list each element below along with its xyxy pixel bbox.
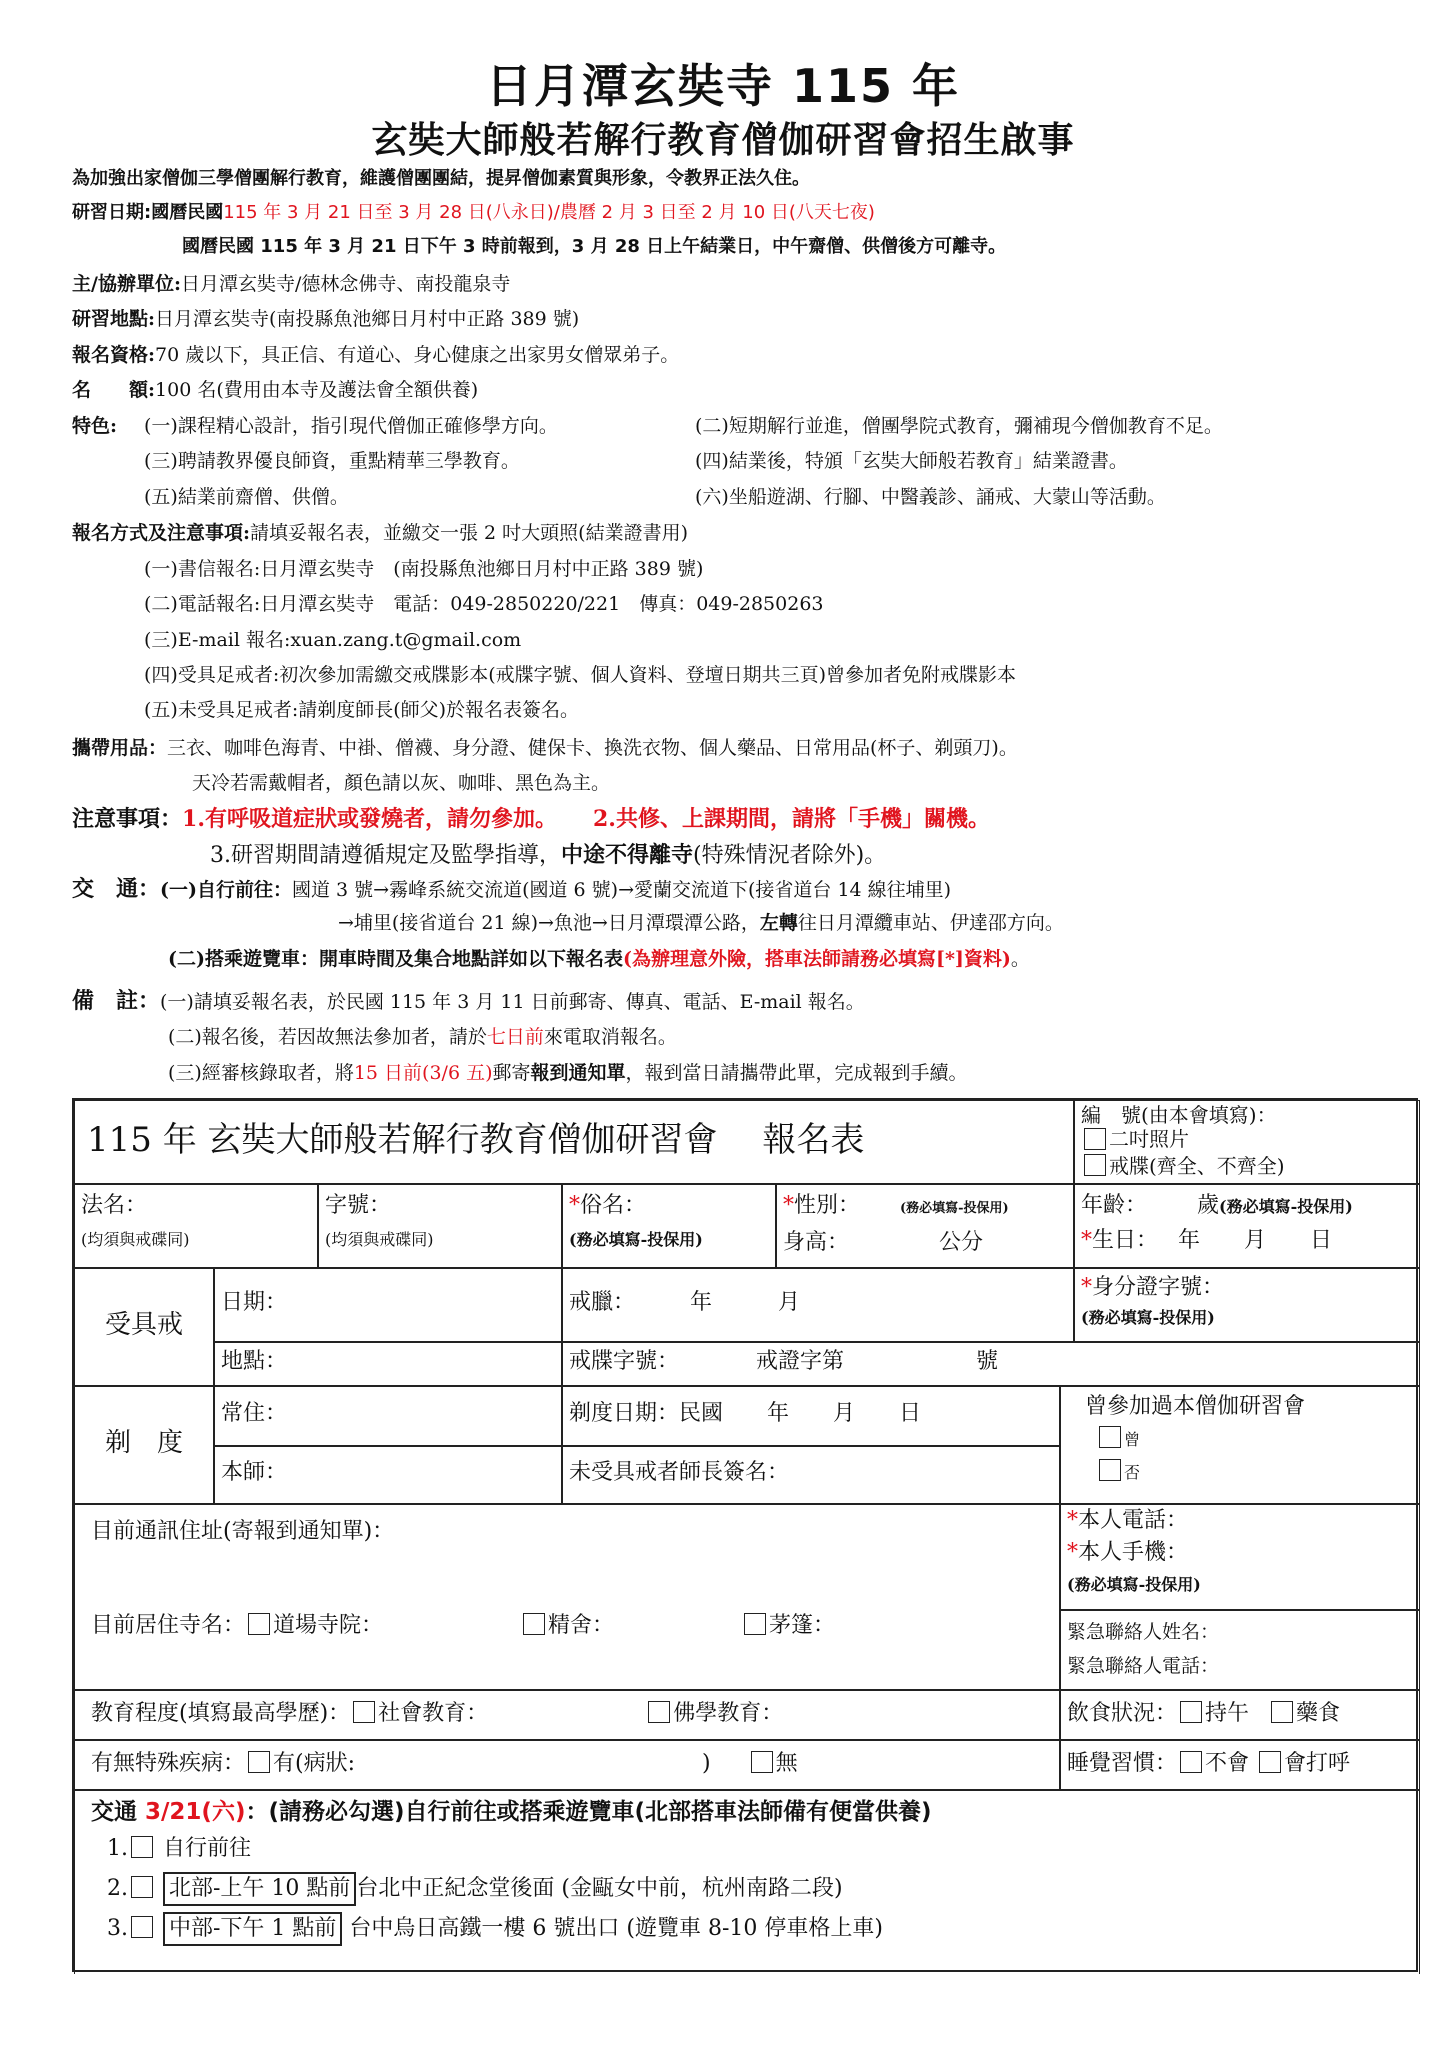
edu-opt-2: 佛學教育： xyxy=(673,1701,783,1726)
info-value: 100 名(費用由本寺及護法會全額供養) xyxy=(155,379,478,401)
education-field: 教育程度(填寫最高學歷)：社會教育： 佛學教育： xyxy=(74,1690,1060,1740)
feature-item: (二)短期解行並進，僧團學院式教育，彌補現今僧伽教育不足。 xyxy=(695,413,1223,439)
info-label: 名 額: xyxy=(72,379,155,401)
checkbox[interactable] xyxy=(1099,1426,1121,1448)
master-signature-field[interactable]: 未受具戒者師長簽名： xyxy=(562,1446,1060,1504)
required-star: * xyxy=(1067,1540,1078,1565)
sleep-opt-1: 不會 xyxy=(1205,1751,1249,1776)
checkbox[interactable] xyxy=(1084,1154,1106,1176)
tonsure-date-field[interactable]: 剃度日期：民國 年 月 日 xyxy=(562,1386,1060,1446)
checkbox[interactable] xyxy=(1099,1459,1121,1481)
remark-3-bold: 報到通知單 xyxy=(531,1062,626,1084)
residence-field[interactable]: 常住： xyxy=(214,1386,562,1446)
courtesy-name-note: (均須與戒碟同) xyxy=(325,1223,555,1257)
transport-label: 交 通： xyxy=(72,876,160,902)
ordination-years-field[interactable]: 戒臘： 年 月 xyxy=(562,1268,1074,1342)
checkbox[interactable] xyxy=(1259,1751,1281,1773)
bus-label: (二)搭乘遊覽車：開車時間及集合地點詳如以下報名表 xyxy=(168,948,623,970)
age-birthday-field[interactable]: 年齡：歲(務必填寫-投保用) *生日：年 月 日 xyxy=(1074,1184,1420,1268)
notice-1: 1.有呼吸道症狀或發燒者，請勿參加。 xyxy=(182,806,557,832)
checkin-line: 國曆民國 115 年 3 月 21 日下午 3 時前報到，3 月 28 日上午結… xyxy=(182,234,1006,260)
dharma-name-field[interactable]: 法名： (均須與戒碟同) xyxy=(74,1184,318,1268)
phone-block: *本人電話： *本人手機： (務必填寫-投保用) xyxy=(1060,1504,1420,1610)
feature-item: (四)結業後，特頒「玄奘大師般若教育」結業證書。 xyxy=(695,448,1128,474)
notice-2: 2.共修、上課期間，請將「手機」關機。 xyxy=(593,806,990,832)
route-2c: 往日月潭纜車站、伊達邵方向。 xyxy=(798,912,1064,934)
id-number-field[interactable]: *身分證字號： (務必填寫-投保用) xyxy=(1074,1268,1420,1342)
courtesy-name-label: 字號： xyxy=(325,1189,555,1223)
gender-label: 性別： xyxy=(794,1193,860,1218)
serial-label: 編 號(由本會填寫)： xyxy=(1081,1103,1413,1127)
registration-item: (四)受具足戒者:初次參加需繳交戒牒影本(戒牒字號、個人資料、登壇日期共三頁)曾… xyxy=(144,662,1016,688)
notices-line: 注意事項：1.有呼吸道症狀或發燒者，請勿參加。2.共修、上課期間，請將「手機」關… xyxy=(72,806,990,833)
required-note: (務必填寫-投保用) xyxy=(569,1223,769,1257)
birthday-label: 生日： xyxy=(1092,1228,1158,1253)
lay-name-field[interactable]: *俗名： (務必填寫-投保用) xyxy=(562,1184,776,1268)
phone-field[interactable]: *本人電話： xyxy=(1067,1505,1413,1537)
info-value: 70 歲以下，具正信、有道心、身心健康之出家男女僧眾弟子。 xyxy=(155,344,679,366)
checkbox[interactable] xyxy=(131,1876,153,1898)
tonsure-label: 剃 度 xyxy=(74,1386,214,1504)
remark-3c: ，報到當日請攜帶此單，完成報到手續。 xyxy=(626,1062,968,1084)
edu-opt-1: 社會教育： xyxy=(378,1701,488,1726)
transport-option-2[interactable]: 2. 北部-上午 10 點前台北中正紀念堂後面 (金甌女中前，杭州南路二段) xyxy=(91,1869,1413,1909)
info-organizer: 主/協辦單位:日月潭玄奘寺/德林念佛寺、南投龍泉寺 xyxy=(72,271,510,297)
route-2b: 左轉 xyxy=(760,912,798,934)
remark-1-text: (一)請填妥報名表，於民國 115 年 3 月 11 日前郵寄、傳真、電話、E-… xyxy=(160,991,865,1013)
emergency-block: 緊急聯絡人姓名： 緊急聯絡人電話： xyxy=(1060,1610,1420,1690)
checkbox[interactable] xyxy=(1271,1701,1293,1723)
remark-1: 備 註：(一)請填妥報名表，於民國 115 年 3 月 11 日前郵寄、傳真、電… xyxy=(72,988,865,1015)
registration-item: (二)電話報名:日月潭玄奘寺 電話：049-2850220/221 傳真：049… xyxy=(144,591,824,617)
intro-text: 為加強出家僧伽三學僧團解行教育，維護僧團團結，提昇僧伽素質與形象，令教界正法久住… xyxy=(72,166,810,192)
feature-item: (一)課程精心設計，指引現代僧伽正確修學方向。 xyxy=(144,413,558,439)
checkbox[interactable] xyxy=(751,1751,773,1773)
temple-label: 目前居住寺名： xyxy=(91,1613,245,1638)
bus-note: (為辦理意外險，搭車法師請務必填寫[*]資料) xyxy=(623,948,1011,970)
form-admin-box: 編 號(由本會填寫)： 二吋照片 戒牒(齊全、不齊全) xyxy=(1074,1100,1420,1184)
registration-item: (五)未受具足戒者:請剃度師長(師父)於報名表簽名。 xyxy=(144,697,579,723)
disease-yes: 有(病狀: xyxy=(273,1751,355,1776)
ordination-date-field[interactable]: 日期： xyxy=(214,1268,562,1342)
items-note: 天冷若需戴帽者，顏色請以灰、咖啡、黑色為主。 xyxy=(192,770,610,796)
checkbox[interactable] xyxy=(248,1613,270,1635)
attended-yes-option[interactable]: 曾 xyxy=(1085,1423,1413,1456)
option-1-label: 自行前往 xyxy=(163,1836,251,1861)
age-label: 年齡： xyxy=(1081,1193,1147,1218)
notice-3-end: (特殊情況者除外)。 xyxy=(693,843,886,868)
id-number-label: 身分證字號： xyxy=(1092,1275,1224,1300)
document-subtitle: 玄奘大師般若解行教育僧伽研習會招生啟事 xyxy=(0,112,1446,163)
attended-before-field: 曾參加過本僧伽研習會 曾 否 xyxy=(1060,1386,1420,1504)
option-number: 2. xyxy=(107,1876,128,1901)
temple-opt-3: 茅篷： xyxy=(769,1613,835,1638)
items-label: 攜帶用品： xyxy=(72,737,167,759)
dates-line: 研習日期:國曆民國115 年 3 月 21 日至 3 月 28 日(八永日)/農… xyxy=(72,200,875,226)
checkbox[interactable] xyxy=(248,1751,270,1773)
remark-2: (二)報名後，若因故無法參加者，請於七日前來電取消報名。 xyxy=(168,1024,677,1050)
diet-label: 飲食狀況： xyxy=(1067,1701,1177,1726)
required-star: * xyxy=(783,1193,794,1218)
diet-field: 飲食狀況：持午 藥食 xyxy=(1060,1690,1420,1740)
mobile-label: 本人手機： xyxy=(1078,1540,1188,1565)
required-note: (務必填寫-投保用) xyxy=(1081,1303,1413,1333)
required-star: * xyxy=(1067,1508,1078,1533)
items-value: 三衣、咖啡色海青、中褂、僧襪、身分證、健保卡、換洗衣物、個人藥品、日常用品(杯子… xyxy=(167,737,1018,759)
notices-label: 注意事項： xyxy=(72,806,182,832)
notice-3-text: 3.研習期間請遵循規定及監學指導， xyxy=(210,843,561,868)
disease-label: 有無特殊疾病： xyxy=(91,1751,245,1776)
attended-no-option[interactable]: 否 xyxy=(1085,1456,1413,1489)
info-label: 報名資格: xyxy=(72,344,155,366)
remark-2b: 來電取消報名。 xyxy=(544,1026,677,1048)
option-number: 3. xyxy=(107,1916,128,1941)
transport-option-3[interactable]: 3. 中部-下午 1 點前 台中烏日高鐵一樓 6 號出口 (遊覽車 8-10 停… xyxy=(91,1909,1413,1949)
phone-label: 本人電話： xyxy=(1078,1508,1188,1533)
photo-label: 二吋照片 xyxy=(1109,1127,1189,1151)
remarks-label: 備 註： xyxy=(72,988,160,1014)
registration-value: 請填妥報名表，並繳交一張 2 吋大頭照(結業證書用) xyxy=(250,522,688,544)
attended-label: 曾參加過本僧伽研習會 xyxy=(1085,1391,1413,1423)
transport-route-2: →埔里(接省道台 21 線)→魚池→日月潭環潭公路，左轉往日月潭纜車站、伊達邵方… xyxy=(338,910,1064,936)
registration-label: 報名方式及注意事項: xyxy=(72,522,250,544)
registration-form: 115 年 玄奘大師般若解行教育僧伽研習會 報名表 編 號(由本會填寫)： 二吋… xyxy=(72,1098,1418,1972)
checkbox[interactable] xyxy=(1180,1751,1202,1773)
address-temple-block: 目前通訊住址(寄報到通知單)： 目前居住寺名：道場寺院： 精舍： 茅篷： xyxy=(74,1504,1060,1690)
temple-opt-2: 精舍： xyxy=(548,1613,614,1638)
registration-item: (一)書信報名:日月潭玄奘寺 (南投縣魚池鄉日月村中正路 389 號) xyxy=(144,556,703,582)
remark-3a: (三)經審核錄取者，將 xyxy=(168,1062,354,1084)
dates-red: 115 年 3 月 21 日至 3 月 28 日(八永日)/農曆 2 月 3 日… xyxy=(223,202,875,223)
transport-option-1[interactable]: 1. 自行前往 xyxy=(91,1829,1413,1869)
option-number: 1. xyxy=(107,1836,128,1861)
checkbox[interactable] xyxy=(131,1836,153,1858)
dharma-name-note: (均須與戒碟同) xyxy=(81,1223,311,1257)
cert-check[interactable]: 戒牒(齊全、不齊全) xyxy=(1081,1154,1413,1181)
required-note: (務必填寫-投保用) xyxy=(1067,1569,1413,1601)
required-star: * xyxy=(1081,1275,1092,1300)
checkbox[interactable] xyxy=(744,1613,766,1635)
dharma-name-label: 法名： xyxy=(81,1189,311,1223)
remark-3-red: 15 日前(3/6 五) xyxy=(354,1062,493,1084)
disease-close: ) xyxy=(702,1751,711,1776)
option-3-time: 中部-下午 1 點前 xyxy=(163,1912,342,1946)
required-star: * xyxy=(1081,1228,1092,1253)
info-location: 研習地點:日月潭玄奘寺(南投縣魚池鄉日月村中正路 389 號) xyxy=(72,306,579,332)
transport-date: 3/21(六) xyxy=(145,1799,245,1825)
photo-check[interactable]: 二吋照片 xyxy=(1081,1127,1413,1154)
notice-3: 3.研習期間請遵循規定及監學指導，中途不得離寺(特殊情況者除外)。 xyxy=(210,842,886,869)
checkbox[interactable] xyxy=(648,1701,670,1723)
required-note: (務必填寫-投保用) xyxy=(900,1201,1009,1216)
bus-end: 。 xyxy=(1011,948,1030,970)
features-label: 特色: xyxy=(72,413,117,439)
temple-field: 目前居住寺名：道場寺院： 精舍： 茅篷： xyxy=(91,1609,1053,1643)
disease-no: 無 xyxy=(776,1751,798,1776)
info-value: 日月潭玄奘寺(南投縣魚池鄉日月村中正路 389 號) xyxy=(155,308,579,330)
master-field[interactable]: 本師： xyxy=(214,1446,562,1504)
required-star: * xyxy=(569,1193,580,1218)
option-2-label: 台北中正紀念堂後面 (金甌女中前，杭州南路二段) xyxy=(356,1876,842,1901)
info-value: 日月潭玄奘寺/德林念佛寺、南投龍泉寺 xyxy=(181,273,510,295)
transport-instructions: ：(請務必勾選)自行前往或搭乘遊覽車(北部搭車法師備有便當供養) xyxy=(245,1799,931,1825)
ordination-label: 受具戒 xyxy=(74,1268,214,1386)
ordination-place-field[interactable]: 地點： xyxy=(214,1342,562,1386)
temple-opt-1: 道場寺院： xyxy=(273,1613,383,1638)
cert-label: 戒牒(齊全、不齊全) xyxy=(1109,1154,1285,1178)
required-note: (務必填寫-投保用) xyxy=(1219,1197,1353,1216)
attended-no-label: 否 xyxy=(1124,1463,1140,1482)
checkbox[interactable] xyxy=(1180,1701,1202,1723)
remark-2-red: 七日前 xyxy=(487,1026,544,1048)
disease-field: 有無特殊疾病：有(病狀: ) 無 xyxy=(74,1740,1060,1790)
checkbox[interactable] xyxy=(353,1701,375,1723)
feature-item: (六)坐船遊湖、行腳、中醫義診、誦戒、大蒙山等活動。 xyxy=(695,484,1166,510)
transport-bus: (二)搭乘遊覽車：開車時間及集合地點詳如以下報名表(為辦理意外險，搭車法師請務必… xyxy=(168,946,1030,972)
option-2-time: 北部-上午 10 點前 xyxy=(163,1872,356,1906)
remark-3b: 郵寄 xyxy=(493,1062,531,1084)
info-quota: 名 額:100 名(費用由本寺及護法會全額供養) xyxy=(72,377,478,403)
remark-2a: (二)報名後，若因故無法參加者，請於 xyxy=(168,1026,487,1048)
checkbox[interactable] xyxy=(131,1916,153,1938)
checkbox[interactable] xyxy=(523,1613,545,1635)
cert-number-field[interactable]: 戒牒字號： 戒證字第 號 xyxy=(562,1342,1420,1386)
checkbox[interactable] xyxy=(1084,1128,1106,1150)
height-unit: 公分 xyxy=(939,1230,983,1255)
transport-self-label: (一)自行前往： xyxy=(160,879,292,901)
emergency-name-field[interactable]: 緊急聯絡人姓名： xyxy=(1067,1615,1413,1649)
option-3-label: 台中烏日高鐵一樓 6 號出口 (遊覽車 8-10 停車格上車) xyxy=(349,1916,883,1941)
info-eligibility: 報名資格:70 歲以下，具正信、有道心、身心健康之出家男女僧眾弟子。 xyxy=(72,342,679,368)
transport-heading: 交通 3/21(六)：(請務必勾選)自行前往或搭乘遊覽車(北部搭車法師備有便當供… xyxy=(91,1795,1413,1829)
address-field[interactable]: 目前通訊住址(寄報到通知單)： xyxy=(91,1515,1053,1549)
gender-height-field[interactable]: *性別：(務必填寫-投保用) 身高：公分 xyxy=(776,1184,1074,1268)
info-label: 研習地點: xyxy=(72,308,155,330)
sleep-label: 睡覺習慣： xyxy=(1067,1751,1177,1776)
emergency-phone-field[interactable]: 緊急聯絡人電話： xyxy=(1067,1649,1413,1683)
document-title: 日月潭玄奘寺 115 年 xyxy=(0,50,1446,116)
education-label: 教育程度(填寫最高學歷)： xyxy=(91,1701,350,1726)
mobile-field[interactable]: *本人手機： xyxy=(1067,1537,1413,1569)
lay-name-label: 俗名： xyxy=(580,1193,646,1218)
attended-yes-label: 曾 xyxy=(1124,1430,1140,1449)
notice-3-bold: 中途不得離寺 xyxy=(561,842,693,868)
items-to-bring: 攜帶用品：三衣、咖啡色海青、中褂、僧襪、身分證、健保卡、換洗衣物、個人藥品、日常… xyxy=(72,735,1018,761)
birthday-fields: 年 月 日 xyxy=(1178,1228,1332,1253)
registration-email[interactable]: (三)E-mail 報名:xuan.zang.t@gmail.com xyxy=(144,627,521,653)
transport-self: 交 通：(一)自行前往：國道 3 號→霧峰系統交流道(國道 6 號)→愛蘭交流道… xyxy=(72,876,951,903)
diet-opt-1: 持午 xyxy=(1205,1701,1249,1726)
height-label: 身高： xyxy=(783,1230,849,1255)
sleep-field: 睡覺習慣：不會 會打呼 xyxy=(1060,1740,1420,1790)
registration-header: 報名方式及注意事項:請填妥報名表，並繳交一張 2 吋大頭照(結業證書用) xyxy=(72,520,688,546)
sleep-opt-2: 會打呼 xyxy=(1284,1751,1350,1776)
dates-label: 研習日期:國曆民國 xyxy=(72,202,223,223)
route-2a: →埔里(接省道台 21 線)→魚池→日月潭環潭公路， xyxy=(338,912,760,934)
feature-item: (三)聘請教界優良師資，重點精華三學教育。 xyxy=(144,448,520,474)
diet-opt-2: 藥食 xyxy=(1296,1701,1340,1726)
remark-3: (三)經審核錄取者，將15 日前(3/6 五)郵寄報到通知單，報到當日請攜帶此單… xyxy=(168,1060,968,1086)
transport-route-1: 國道 3 號→霧峰系統交流道(國道 6 號)→愛蘭交流道下(接省道台 14 線往… xyxy=(292,879,951,901)
feature-item: (五)結業前齋僧、供僧。 xyxy=(144,484,349,510)
info-label: 主/協辦單位: xyxy=(72,273,181,295)
transport-selection: 交通 3/21(六)：(請務必勾選)自行前往或搭乘遊覽車(北部搭車法師備有便當供… xyxy=(74,1790,1420,1974)
courtesy-name-field[interactable]: 字號： (均須與戒碟同) xyxy=(318,1184,562,1268)
age-unit: 歲 xyxy=(1197,1193,1219,1218)
transport-label: 交通 xyxy=(91,1799,137,1825)
form-title: 115 年 玄奘大師般若解行教育僧伽研習會 報名表 xyxy=(74,1100,1074,1184)
